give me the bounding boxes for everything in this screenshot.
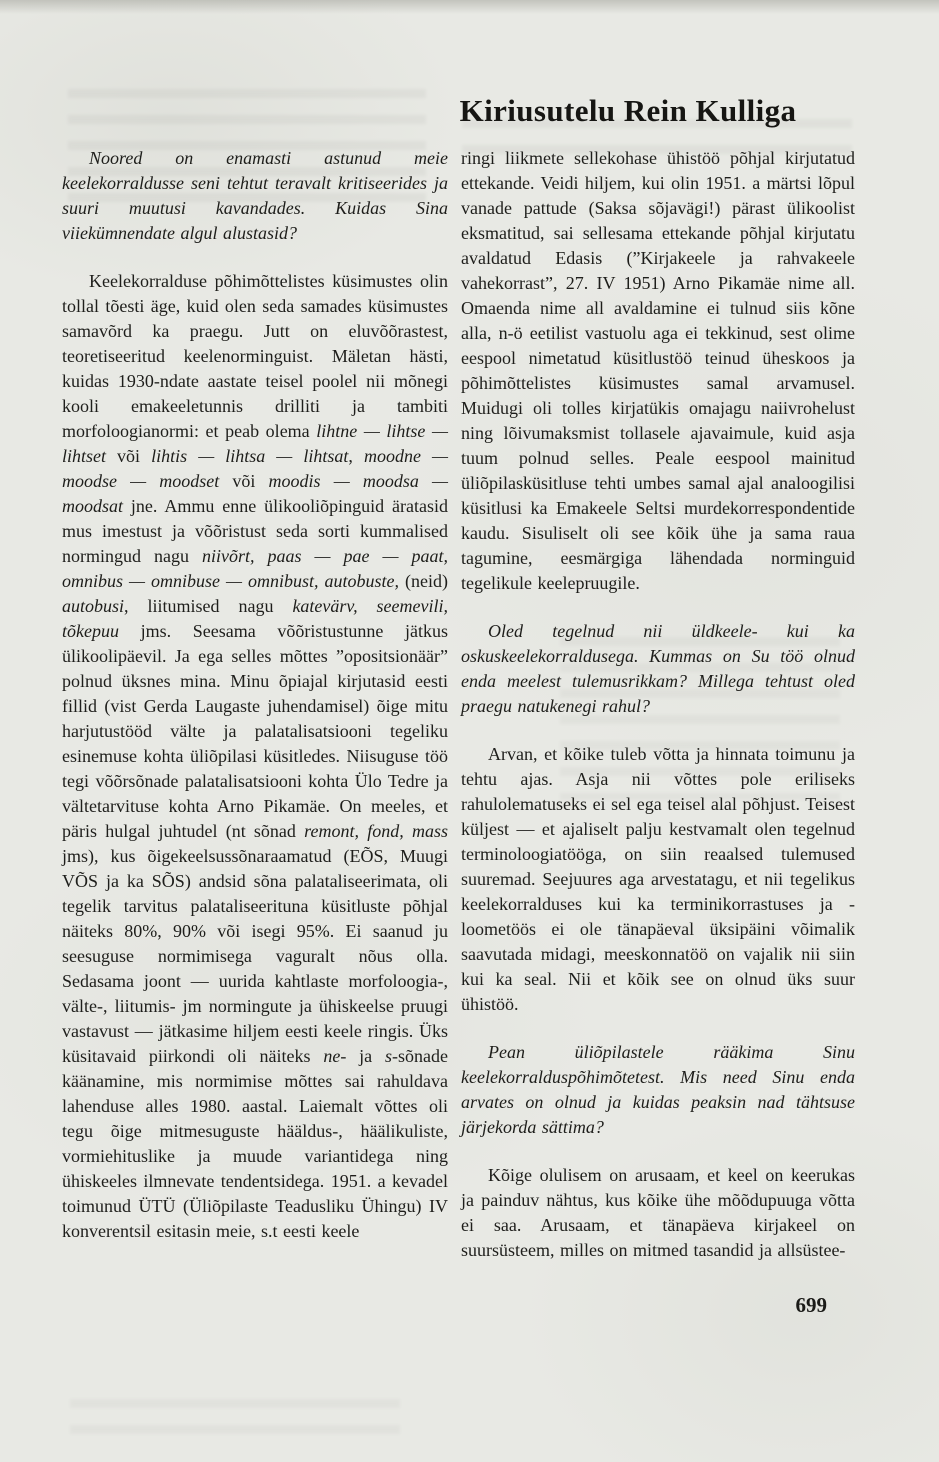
page-number: 699 bbox=[461, 1293, 855, 1318]
interview-answer: Keelekorralduse põhimõttelistes küsimust… bbox=[62, 269, 448, 1244]
interview-answer-continuation: ringi liikmete sellekohase ühistöö põhja… bbox=[461, 146, 855, 596]
text-columns: Noored on enamasti astunud meie keelekor… bbox=[62, 146, 855, 1318]
left-column: Noored on enamasti astunud meie keelekor… bbox=[62, 146, 448, 1318]
interview-question: Pean üliõpilastele rääkima Sinu keelekor… bbox=[461, 1040, 855, 1140]
bleedthrough-artifact bbox=[70, 1392, 400, 1448]
interview-answer: Arvan, et kõike tuleb võtta ja hinnata t… bbox=[461, 742, 855, 1017]
interview-question: Oled tegelnud nii üldkeele- kui ka oskus… bbox=[461, 619, 855, 719]
interview-question: Noored on enamasti astunud meie keelekor… bbox=[62, 146, 448, 246]
scanned-journal-page: { "colors": { "paper": "#e8e9e4", "ink":… bbox=[0, 0, 939, 1462]
scan-top-edge-shadow bbox=[0, 0, 939, 14]
article-title: Kiriusutelu Rein Kulliga bbox=[428, 93, 828, 129]
interview-answer: Kõige olulisem on arusaam, et keel on ke… bbox=[461, 1163, 855, 1263]
right-column: ringi liikmete sellekohase ühistöö põhja… bbox=[461, 146, 855, 1318]
